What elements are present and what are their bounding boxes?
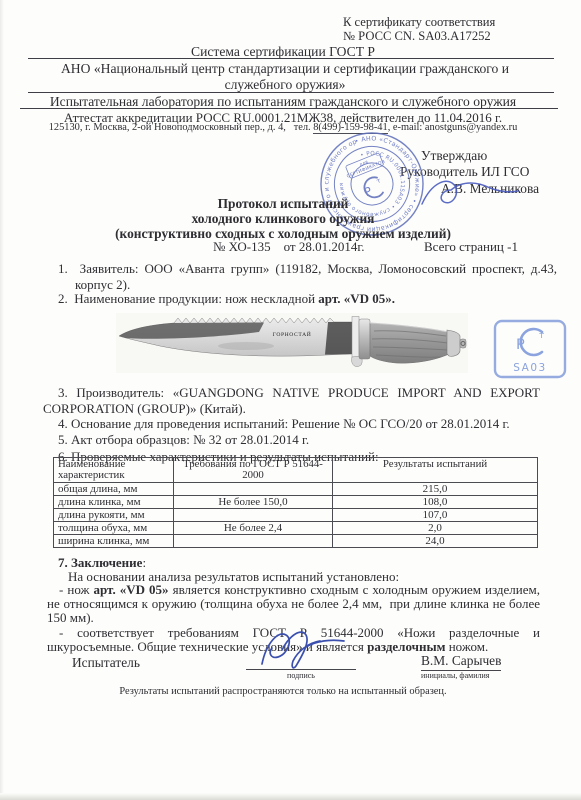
item-manufacturer: 3. Производитель: «GUANGDONG NATIVE PROD… xyxy=(43,385,540,416)
knife-bolster xyxy=(359,319,370,359)
cell-characteristic: толщина обуха, мм xyxy=(54,521,174,534)
address-text: 125130, г. Москва, 2-ой Новоподмосковный… xyxy=(49,122,314,133)
knife-butt-cap xyxy=(447,330,460,356)
certificate-reference-line1: К сертификату соответствия xyxy=(343,15,575,29)
rst-t-glyph: т xyxy=(539,331,544,341)
rst-code: SA03 xyxy=(513,362,546,374)
cell-requirement: Не более 2,4 xyxy=(174,521,333,534)
header-divider-3 xyxy=(20,108,558,109)
cell-requirement xyxy=(174,534,333,547)
header-divider-1 xyxy=(28,58,554,59)
table-header-row: Наименование характеристик Требования по… xyxy=(54,458,538,483)
scan-edge-left xyxy=(0,0,4,800)
organization-name: АНО «Национальный центр стандартизации и… xyxy=(55,61,515,92)
conclusion-p2-knife-type: разделочным xyxy=(367,639,445,654)
cell-result: 24,0 xyxy=(333,534,538,547)
header-divider-2 xyxy=(28,92,554,93)
scan-edge-bottom xyxy=(0,793,581,800)
table-row: общая длина, мм 215,0 xyxy=(54,482,538,495)
tester-label: Испытатель xyxy=(72,655,140,671)
cell-result: 215,0 xyxy=(333,482,538,495)
cell-requirement xyxy=(174,508,333,521)
protocol-title-line2: холодного клинкового оружия xyxy=(0,211,566,227)
cell-characteristic: длина рукояти, мм xyxy=(54,508,174,521)
tester-name: В.М. Сарычев xyxy=(421,653,501,671)
certificate-reference: К сертификату соответствия № РОСС CN. SA… xyxy=(343,15,575,43)
address-line: 125130, г. Москва, 2-ой Новоподмосковный… xyxy=(0,122,566,133)
knife-photo: ГОРНОСТАЙ xyxy=(116,313,468,373)
cell-result: 108,0 xyxy=(333,495,538,508)
conclusion-heading-colon: : xyxy=(142,555,146,570)
conclusion-p2-post: ножом. xyxy=(445,639,488,654)
conclusion-p1-pre: - нож xyxy=(59,582,94,597)
cell-requirement xyxy=(174,482,333,495)
knife-blade-smudge xyxy=(218,342,274,350)
rst-conformity-mark: Р т SA03 xyxy=(492,318,568,380)
conclusion-p1-article: арт. «VD 05» xyxy=(94,582,169,597)
table-row: длина клинка, мм Не более 150,0 108,0 xyxy=(54,495,538,508)
cell-result: 107,0 xyxy=(333,508,538,521)
rst-p-glyph: Р xyxy=(516,337,525,353)
col-header-requirements: Требования по ГОСТ Р 51644-2000 xyxy=(174,458,333,483)
item-test-basis: 4. Основание для проведения испытаний: Р… xyxy=(43,416,553,432)
col-header-results: Результаты испытаний xyxy=(333,458,538,483)
stamp-rst-t-glyph: т xyxy=(375,176,382,185)
knife-blade-shadow-ricasso xyxy=(325,322,352,355)
signature-caption: подпись xyxy=(246,671,356,680)
knife-blade-label: ГОРНОСТАЙ xyxy=(273,330,312,338)
item-sampling-act: 5. Акт отбора образцов: № 32 от 28.01.20… xyxy=(43,432,553,448)
protocol-number: № ХО-135 от 28.01.2014г. xyxy=(213,239,364,255)
tester-name-caption: инициалы, фамилия xyxy=(421,671,489,680)
protocol-title-line1: Протокол испытаний xyxy=(0,196,566,212)
item-applicant: 1. Заявитель: ООО «Аванта групп» (119182… xyxy=(58,261,557,292)
knife-guard-collar xyxy=(352,317,359,361)
item-product-name-text: 2. Наименование продукции: нож нескладно… xyxy=(58,291,318,306)
table-row: длина рукояти, мм 107,0 xyxy=(54,508,538,521)
table-row: толщина обуха, мм Не более 2,4 2,0 xyxy=(54,521,538,534)
cell-characteristic: ширина клинка, мм xyxy=(54,534,174,547)
table-row: ширина клинка, мм 24,0 xyxy=(54,534,538,547)
item-product-name: 2. Наименование продукции: нож нескладно… xyxy=(58,291,557,307)
conclusion-paragraph-1: - нож арт. «VD 05» является конструктивн… xyxy=(47,583,540,626)
cell-characteristic: длина клинка, мм xyxy=(54,495,174,508)
cell-characteristic: общая длина, мм xyxy=(54,482,174,495)
approval-word: Утверждаю xyxy=(421,148,487,164)
pages-total: Всего страниц -1 xyxy=(424,239,518,255)
cell-result: 2,0 xyxy=(333,521,538,534)
item-product-article: арт. «VD 05». xyxy=(318,291,395,306)
signature-line xyxy=(246,669,356,670)
footer-note: Результаты испытаний распространяются то… xyxy=(0,686,566,697)
tester-signature xyxy=(246,626,361,670)
test-results-table: Наименование характеристик Требования по… xyxy=(53,457,538,548)
conclusion-heading-text: 7. Заключение xyxy=(58,555,142,570)
certificate-reference-number: № РОСС CN. SA03.A17252 xyxy=(343,29,575,43)
cell-requirement: Не более 150,0 xyxy=(174,495,333,508)
scanned-document-page: К сертификату соответствия № РОСС CN. SA… xyxy=(0,0,581,800)
col-header-characteristic: Наименование характеристик xyxy=(54,458,174,483)
